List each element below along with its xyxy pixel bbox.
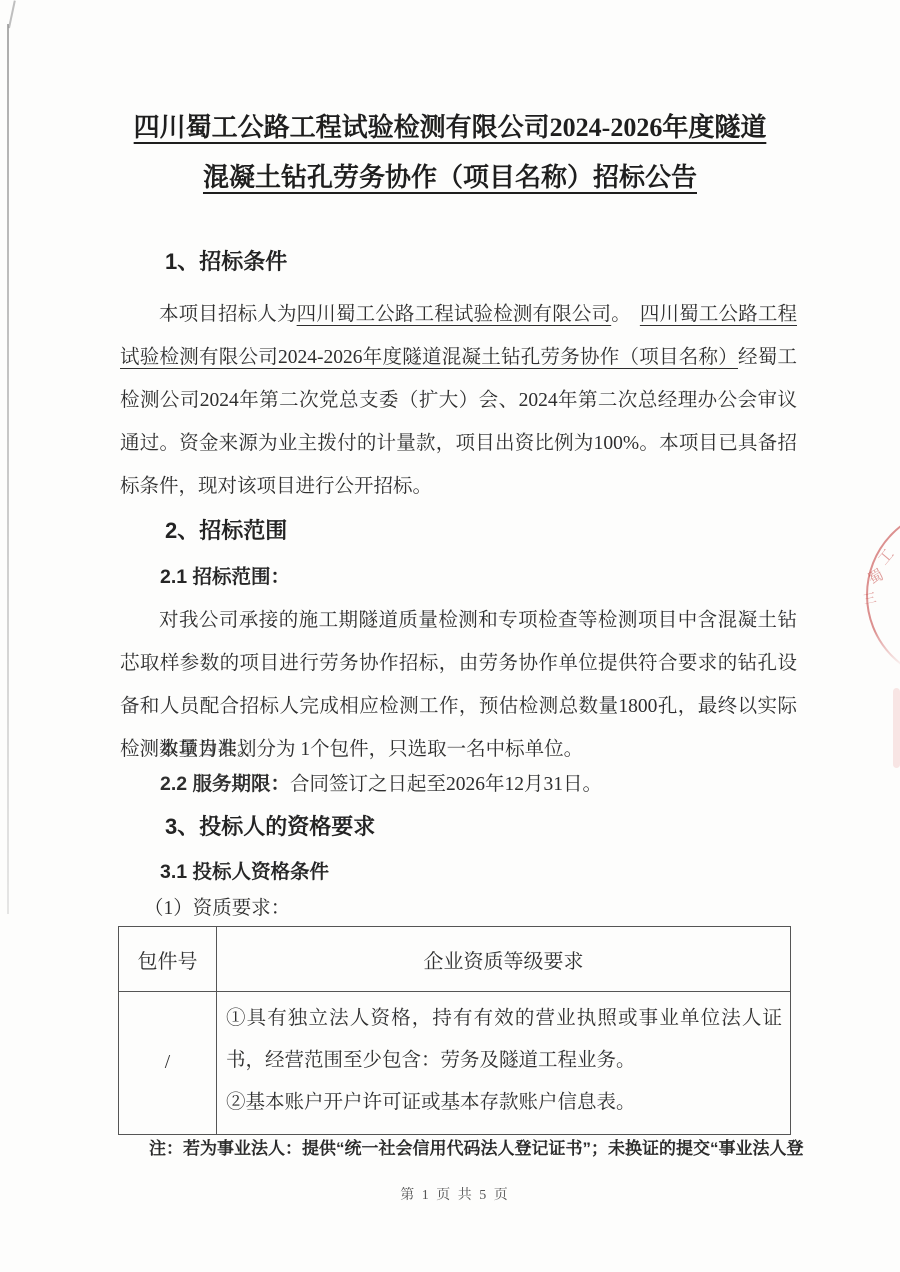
para1-seg2-underlined: 四川蜀工公路工程试验检测有限公司 xyxy=(297,304,612,325)
page-number: 第 1 页 共 5 页 xyxy=(0,1184,900,1204)
section-1-paragraph: 本项目招标人为四川蜀工公路工程试验检测有限公司。四川蜀工公路工程试验检测有限公司… xyxy=(120,293,797,508)
para1-seg1: 本项目招标人为 xyxy=(159,304,297,325)
section-2-2-line: 2.2 服务期限：合同签订之日起至2026年12月31日。 xyxy=(160,770,602,799)
requirement-line-1: ①具有独立法人资格，持有有效的营业执照或事业单位法人证书，经营范围至少包含：劳务… xyxy=(226,998,782,1082)
para1-seg3: 。 xyxy=(611,304,640,325)
section-1-heading: 1、招标条件 xyxy=(165,247,287,277)
section-2-heading: 2、招标范围 xyxy=(165,516,287,546)
scan-left-edge-curl xyxy=(8,0,16,28)
title-line-1: 四川蜀工公路工程试验检测有限公司2024-2026年度隧道 xyxy=(0,103,900,153)
qualification-table: 包件号 企业资质等级要求 / ①具有独立法人资格，持有有效的营业执照或事业单位法… xyxy=(118,926,791,1135)
table-cell-package: / xyxy=(119,992,217,1135)
document-title: 四川蜀工公路工程试验检测有限公司2024-2026年度隧道 混凝土钻孔劳务协作（… xyxy=(0,103,900,203)
document-page: 四川蜀工公路工程试验检测有限公司2024-2026年度隧道 混凝土钻孔劳务协作（… xyxy=(0,0,900,1272)
seal-ink-smudge xyxy=(893,688,900,768)
title-line-2: 混凝土钻孔劳务协作（项目名称）招标公告 xyxy=(0,153,900,203)
table-header-requirement: 企业资质等级要求 xyxy=(217,927,791,992)
section-3-heading: 3、投标人的资格要求 xyxy=(165,812,375,842)
section-2-2-label: 2.2 服务期限： xyxy=(160,773,290,795)
section-3-item-1-label: （1）资质要求： xyxy=(144,895,290,923)
para1-seg5: 经蜀工检测公司2024年第二次党总支委（扩大）会、2024年第二次总经理办公会审… xyxy=(120,347,797,497)
footnote: 注：若为事业法人：提供“统一社会信用代码法人登记证书”；未换证的提交“事业法人登 xyxy=(149,1137,804,1161)
table-header-row: 包件号 企业资质等级要求 xyxy=(119,927,791,992)
section-3-1-label: 3.1 投标人资格条件 xyxy=(160,858,329,886)
table-cell-requirement: ①具有独立法人资格，持有有效的营业执照或事业单位法人证书，经营范围至少包含：劳务… xyxy=(217,992,791,1135)
section-2-1-label: 2.1 招标范围： xyxy=(160,563,290,591)
table-header-package: 包件号 xyxy=(119,927,217,992)
section-2-2-text: 合同签订之日起至2026年12月31日。 xyxy=(290,774,602,795)
table-row: / ①具有独立法人资格，持有有效的营业执照或事业单位法人证书，经营范围至少包含：… xyxy=(119,992,791,1135)
requirement-line-2: ②基本账户开户许可证或基本存款账户信息表。 xyxy=(226,1082,782,1124)
section-2-1-paragraph-2: 本项目共划分为 1个包件，只选取一名中标单位。 xyxy=(120,728,797,771)
